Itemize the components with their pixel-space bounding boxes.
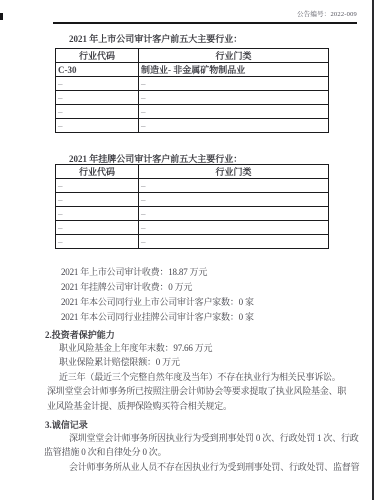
industry-category-cell: – (139, 105, 329, 119)
table-row: – – (56, 193, 329, 207)
industry-category-cell: – (139, 179, 329, 193)
risk-fund-compliance-line-1: 深圳堂堂会计师事务所已按照注册会计师协会等要求提取了执业风险基金、职 (47, 386, 346, 397)
industry-category-header-cell: 行业门类 (139, 49, 329, 63)
staff-penalties-line: 会计师事务所从业人员不存在因执业行为受到刑事处罚、行政处罚、监督管 (69, 462, 359, 473)
insurance-limit-line: 职业保险累计赔偿限额：0 万元 (59, 357, 180, 368)
industry-category-cell: – (139, 77, 329, 91)
scan-edge-mark (0, 13, 3, 20)
risk-fund-line: 职业风险基金上年度年末数：97.66 万元 (59, 343, 212, 354)
industry-code-cell: – (56, 77, 139, 91)
table-row: C-30 制造业- 非金属矿物制品业 (56, 63, 329, 77)
firm-penalties-line-1: 深圳堂堂会计师事务所因执业行为受到刑事处罚 0 次、行政处罚 1 次、行政 (69, 433, 359, 444)
industry-category-cell: 制造业- 非金属矿物制品业 (139, 63, 329, 77)
page-edge-line (372, 0, 374, 500)
industry-category-cell: – (139, 221, 329, 235)
industry-code-cell: – (56, 221, 139, 235)
table-row: – – (56, 119, 329, 133)
stat-line-nq-clients: 2021 年本公司同行业挂牌公司审计客户家数：0 家 (61, 312, 254, 323)
table-row: – – (56, 105, 329, 119)
industry-code-cell: – (56, 105, 139, 119)
stat-line-listed-fee: 2021 年上市公司审计收费：18.87 万元 (61, 267, 207, 278)
table-row: – – (56, 221, 329, 235)
industry-category-cell: – (139, 235, 329, 249)
industry-code-cell: – (56, 179, 139, 193)
industry-code-header-cell: 行业代码 (56, 165, 139, 179)
industry-category-cell: – (139, 193, 329, 207)
listed-industries-table: 行业代码 行业门类 C-30 制造业- 非金属矿物制品业 – – – – – –… (55, 48, 329, 133)
header-rule (53, 22, 357, 24)
industry-category-cell: – (139, 119, 329, 133)
nq-industries-table: 行业代码 行业门类 – – – – – – – – – – (55, 164, 329, 249)
industry-code-cell: – (56, 119, 139, 133)
industry-code-cell: – (56, 193, 139, 207)
industry-code-cell: – (56, 207, 139, 221)
industry-code-header-cell: 行业代码 (56, 49, 139, 63)
table-row: – – (56, 235, 329, 249)
firm-penalties-line-2: 监管措施 0 次和自律处分 0 次。 (44, 447, 166, 458)
industry-code-cell: – (56, 235, 139, 249)
table-header-row: 行业代码 行业门类 (56, 165, 329, 179)
table-row: – – (56, 91, 329, 105)
table-row: – – (56, 207, 329, 221)
stat-line-nq-fee: 2021 年挂牌公司审计收费：0 万元 (61, 282, 192, 293)
litigation-line: 近三年（最近三个完整自然年度及当年）不存在执业行为相关民事诉讼。 (59, 372, 341, 383)
industry-code-cell: – (56, 91, 139, 105)
section-heading-investor-protection: 2.投资者保护能力 (45, 328, 115, 341)
stat-line-listed-clients: 2021 年本公司同行业上市公司审计客户家数：0 家 (61, 297, 254, 308)
industry-category-header-cell: 行业门类 (139, 165, 329, 179)
industry-category-cell: – (139, 207, 329, 221)
risk-fund-compliance-line-2: 业风险基金计提、质押保险购买符合相关规定。 (47, 401, 232, 412)
table-row: – – (56, 179, 329, 193)
notice-number: 公告编号：2022-009 (297, 9, 357, 18)
industry-code-cell: C-30 (56, 63, 139, 77)
listed-industries-title: 2021 年上市公司审计客户前五大主要行业： (69, 32, 242, 45)
industry-category-cell: – (139, 91, 329, 105)
section-heading-integrity-record: 3.诚信记录 (45, 418, 88, 431)
table-row: – – (56, 77, 329, 91)
table-header-row: 行业代码 行业门类 (56, 49, 329, 63)
